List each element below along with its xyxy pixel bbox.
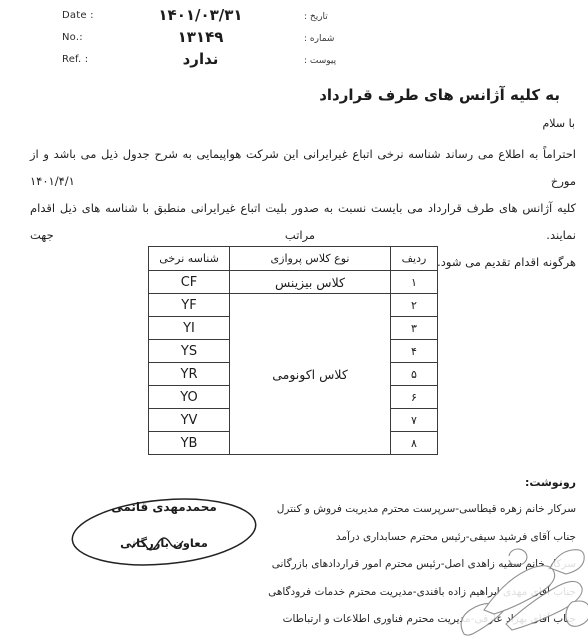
signer-title: معاون بازرگانی [66,536,262,550]
number-label-en: No.: [62,32,83,43]
cc-heading: رونوشت: [268,476,576,489]
letterhead-row-number: No.: ۱۳۱۴۹ شماره : [60,28,338,48]
signature-block: محمدمهدی قائمی معاون بازرگانی [66,488,262,576]
row-number: ۳ [391,317,438,340]
fare-code: YB [149,432,230,455]
salutation: با سلام [542,117,575,130]
table-header-row: ردیف نوع کلاس پروازی شناسه نرخی [149,247,438,271]
row-number: ۴ [391,340,438,363]
header-class-type: نوع کلاس پروازی [230,247,391,271]
row-number: ۶ [391,386,438,409]
fare-class-table: ردیف نوع کلاس پروازی شناسه نرخی ۱ کلاس ب… [148,246,438,455]
fare-code: YO [149,386,230,409]
row-number: ۲ [391,294,438,317]
table-row: ۱ کلاس بیزینس CF [149,271,438,294]
fare-code: YF [149,294,230,317]
date-label-fa: تاریخ : [304,12,328,22]
table-row: ۲ کلاس اکونومی YF [149,294,438,317]
row-number: ۸ [391,432,438,455]
fare-code: YS [149,340,230,363]
class-business-cell: کلاس بیزینس [230,271,391,294]
number-value: ۱۳۱۴۹ [128,28,273,46]
class-economy-cell: کلاس اکونومی [230,294,391,455]
ref-label-en: Ref. : [62,54,88,65]
scanned-letter-page: Date : ۱۴۰۱/۰۳/۳۱ تاریخ : No.: ۱۳۱۴۹ شما… [0,0,588,640]
fare-code: YR [149,363,230,386]
body-line-1: احتراماً به اطلاع می رساند شناسه نرخی ات… [30,141,576,195]
ref-label-fa: پیوست : [304,56,336,66]
fare-code: YI [149,317,230,340]
row-number: ۷ [391,409,438,432]
ref-value: ندارد [128,50,273,68]
header-row-number: ردیف [391,247,438,271]
header-fare-code: شناسه نرخی [149,247,230,271]
number-label-fa: شماره : [304,34,334,44]
date-label-en: Date : [62,10,94,21]
letter-title: به کلیه آژانس های طرف قرارداد [319,86,560,104]
letterhead-row-date: Date : ۱۴۰۱/۰۳/۳۱ تاریخ : [60,6,338,26]
calligraphy-watermark-icon [454,538,588,640]
fare-code: YV [149,409,230,432]
body-line-2: کلیه آژانس های طرف قرارداد می بایست نسبت… [30,195,576,249]
row-number: ۵ [391,363,438,386]
letterhead-row-ref: Ref. : ندارد پیوست : [60,50,338,70]
fare-code: CF [149,271,230,294]
row-number: ۱ [391,271,438,294]
signer-name: محمدمهدی قائمی [66,500,262,514]
date-value: ۱۴۰۱/۰۳/۳۱ [128,6,273,24]
cc-item: سرکار خانم زهره قیطاسی-سرپرست محترم مدیر… [268,496,576,524]
